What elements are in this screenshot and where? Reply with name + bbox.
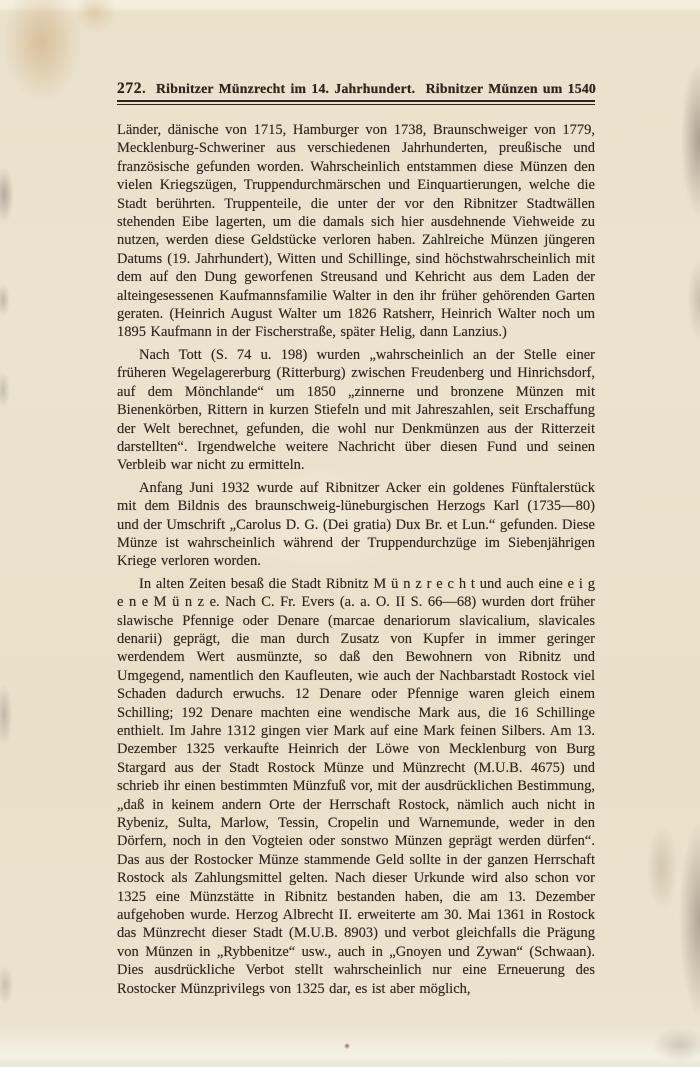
page-header: 272 . Ribnitzer Münzrecht im 14. Jahrhun…: [117, 80, 595, 98]
header-double-rule: [117, 100, 595, 105]
book-page: 272 . Ribnitzer Münzrecht im 14. Jahrhun…: [0, 0, 700, 1067]
text-column: Länder, dänische von 1715, Hamburger von…: [117, 121, 595, 1002]
running-title: . Ribnitzer Münzrecht im 14. Jahrhundert…: [142, 81, 596, 97]
paragraph-nach-tott: Nach Tott (S. 74 u. 198) wurden „wahrsch…: [117, 346, 595, 475]
paragraph-muenzrecht: In alten Zeiten besaß die Stadt Ribnitz …: [117, 575, 595, 998]
paragraph-fuenftalerstueck: Anfang Juni 1932 wurde auf Ribnitzer Ack…: [117, 479, 595, 571]
paragraph-continuation: Länder, dänische von 1715, Hamburger von…: [117, 121, 595, 342]
page-number: 272: [117, 80, 142, 98]
